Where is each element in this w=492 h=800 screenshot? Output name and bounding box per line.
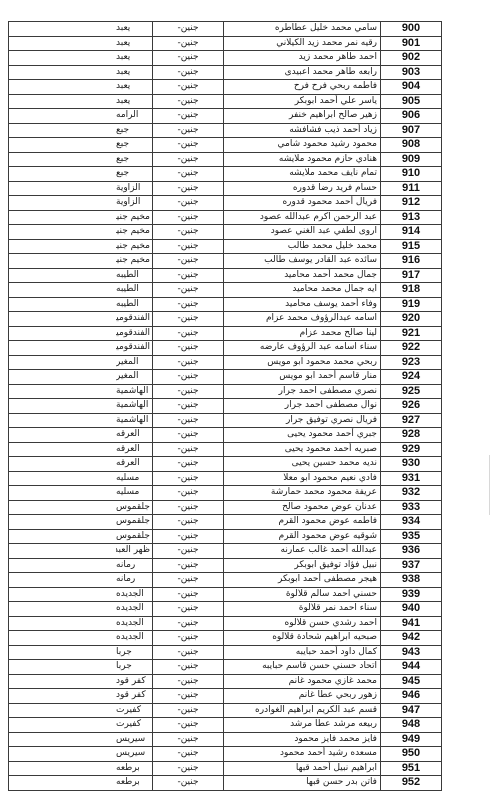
district-cell: جنين- (153, 457, 224, 472)
document-page: يعبد جنين- سامي محمد خليل عطاطره 900 يعب… (0, 0, 492, 800)
roster-table-body: يعبد جنين- سامي محمد خليل عطاطره 900 يعب… (9, 22, 442, 791)
table-row: الفندقومية جنين- اسامه عبدالرؤوف محمد عز… (9, 312, 442, 327)
empty-cell (9, 399, 117, 414)
table-row: الجديده جنين- صبحيه ابراهيم شحادة قلالوه… (9, 631, 442, 646)
empty-cell (9, 587, 117, 602)
table-row: كفيرت جنين- ربيعه مرشد عطا مرشد 948 (9, 718, 442, 733)
village-cell: ظهر العبد (116, 544, 153, 559)
district-cell: جنين- (153, 558, 224, 573)
village-cell: جلقموس (116, 515, 153, 530)
empty-cell (9, 138, 117, 153)
name-cell: فاطمه ربحي فرح فرح (224, 80, 381, 95)
name-cell: فادي نعيم محمود ابو معلا (224, 471, 381, 486)
table-row: يعبد جنين- ياسر علي أحمد ابوبكر 905 (9, 94, 442, 109)
table-row: كفر قود جنين- محمد غازي محمود غانم 945 (9, 674, 442, 689)
table-row: جربا جنين- اتحاد حسني حسن قاسم حبايبه 94… (9, 660, 442, 675)
district-cell: جنين- (153, 225, 224, 240)
name-cell: احمد طاهر محمد زيد (224, 51, 381, 66)
district-cell: جنين- (153, 384, 224, 399)
table-row: جبع جنين- محمود رشيد محمود شامي 908 (9, 138, 442, 153)
empty-cell (9, 674, 117, 689)
number-cell: 919 (381, 297, 442, 312)
number-cell: 941 (381, 616, 442, 631)
empty-cell (9, 776, 117, 791)
name-cell: سائده عبد القادر يوسف طالب (224, 254, 381, 269)
table-row: جربا جنين- كمال داود أحمد حبايبه 943 (9, 645, 442, 660)
table-row: المغير جنين- منار قاسم أحمد ابو مويس 924 (9, 370, 442, 385)
empty-cell (9, 123, 117, 138)
empty-cell (9, 660, 117, 675)
table-row: جلقموس جنين- عدنان عوض محمود صالح 933 (9, 500, 442, 515)
district-cell: جنين- (153, 268, 224, 283)
number-cell: 949 (381, 732, 442, 747)
name-cell: ايه جمال محمد محاميد (224, 283, 381, 298)
name-cell: زهير صالح ابراهيم خنفر (224, 109, 381, 124)
table-row: المغير جنين- ربحي محمد محمود ابو مويس 92… (9, 355, 442, 370)
district-cell: جنين- (153, 776, 224, 791)
name-cell: شوقيه عوض محمود القرم (224, 529, 381, 544)
village-cell: سيريس (116, 732, 153, 747)
village-cell: الزاوية (116, 196, 153, 211)
scan-artifact-line (489, 455, 490, 515)
empty-cell (9, 94, 117, 109)
table-row: يعبد جنين- احمد طاهر محمد زيد 902 (9, 51, 442, 66)
table-row: الهاشمية جنين- نوال مصطفى احمد جرار 926 (9, 399, 442, 414)
empty-cell (9, 471, 117, 486)
number-cell: 943 (381, 645, 442, 660)
empty-cell (9, 384, 117, 399)
village-cell: مسليه (116, 471, 153, 486)
table-row: برطعه جنين- فاتن بدر حسن قبها 952 (9, 776, 442, 791)
number-cell: 929 (381, 442, 442, 457)
name-cell: هنادي حازم محمود ملايشه (224, 152, 381, 167)
number-cell: 908 (381, 138, 442, 153)
name-cell: جبري أحمد محمود يحيى (224, 428, 381, 443)
village-cell: كفر قود (116, 689, 153, 704)
empty-cell (9, 761, 117, 776)
district-cell: جنين- (153, 196, 224, 211)
empty-cell (9, 718, 117, 733)
number-cell: 917 (381, 268, 442, 283)
name-cell: رقيه نمر محمد زيد الكيلاني (224, 36, 381, 51)
empty-cell (9, 631, 117, 646)
district-cell: جنين- (153, 660, 224, 675)
district-cell: جنين- (153, 703, 224, 718)
name-cell: مسعده رشيد أحمد محمود (224, 747, 381, 762)
district-cell: جنين- (153, 109, 224, 124)
district-cell: جنين- (153, 80, 224, 95)
village-cell: كفيرت (116, 703, 153, 718)
name-cell: فايز محمد فايز محمود (224, 732, 381, 747)
district-cell: جنين- (153, 442, 224, 457)
number-cell: 939 (381, 587, 442, 602)
district-cell: جنين- (153, 544, 224, 559)
district-cell: جنين- (153, 645, 224, 660)
empty-cell (9, 428, 117, 443)
number-cell: 913 (381, 210, 442, 225)
table-row: جبع جنين- زياد أحمد ذيب فشافشه 907 (9, 123, 442, 138)
empty-cell (9, 65, 117, 80)
village-cell: جبع (116, 152, 153, 167)
empty-cell (9, 747, 117, 762)
table-row: العرقه جنين- صبريه أحمد محمود يحيى 929 (9, 442, 442, 457)
number-cell: 921 (381, 326, 442, 341)
empty-cell (9, 109, 117, 124)
number-cell: 918 (381, 283, 442, 298)
table-row: كفر قود جنين- زهور ربحي عطا غانم 946 (9, 689, 442, 704)
district-cell: جنين- (153, 210, 224, 225)
number-cell: 940 (381, 602, 442, 617)
empty-cell (9, 80, 117, 95)
number-cell: 938 (381, 573, 442, 588)
district-cell: جنين- (153, 471, 224, 486)
empty-cell (9, 297, 117, 312)
number-cell: 930 (381, 457, 442, 472)
table-row: مسليه جنين- عريفة محمود محمد حمارشة 932 (9, 486, 442, 501)
village-cell: مسليه (116, 486, 153, 501)
district-cell: جنين- (153, 283, 224, 298)
village-cell: رمانه (116, 573, 153, 588)
table-row: الزاوية جنين- حسام فريد رضا قدوره 911 (9, 181, 442, 196)
number-cell: 937 (381, 558, 442, 573)
table-row: يعبد جنين- رقيه نمر محمد زيد الكيلاني 90… (9, 36, 442, 51)
empty-cell (9, 268, 117, 283)
empty-cell (9, 341, 117, 356)
table-row: الطيبه جنين- جمال محمد أحمد محاميد 917 (9, 268, 442, 283)
table-row: مخيم جنين جنين- عبد الرحمن اكرم عبدالله … (9, 210, 442, 225)
number-cell: 916 (381, 254, 442, 269)
table-row: جلقموس جنين- شوقيه عوض محمود القرم 935 (9, 529, 442, 544)
number-cell: 904 (381, 80, 442, 95)
village-cell: جربا (116, 660, 153, 675)
number-cell: 942 (381, 631, 442, 646)
name-cell: هيجر مصطفى أحمد ابوبكر (224, 573, 381, 588)
empty-cell (9, 239, 117, 254)
table-row: الجديده جنين- احمد رشدي حسن قلالوه 941 (9, 616, 442, 631)
name-cell: اروى لطفي عبد الغني عصود (224, 225, 381, 240)
number-cell: 934 (381, 515, 442, 530)
empty-cell (9, 181, 117, 196)
number-cell: 936 (381, 544, 442, 559)
name-cell: محمد خليل محمد طالب (224, 239, 381, 254)
number-cell: 924 (381, 370, 442, 385)
table-row: الهاشمية جنين- فريال نصري توفيق جرار 927 (9, 413, 442, 428)
table-row: سيريس جنين- مسعده رشيد أحمد محمود 950 (9, 747, 442, 762)
district-cell: جنين- (153, 587, 224, 602)
number-cell: 907 (381, 123, 442, 138)
number-cell: 946 (381, 689, 442, 704)
empty-cell (9, 254, 117, 269)
village-cell: الجديده (116, 602, 153, 617)
district-cell: جنين- (153, 341, 224, 356)
district-cell: جنين- (153, 51, 224, 66)
village-cell: جبع (116, 167, 153, 182)
number-cell: 903 (381, 65, 442, 80)
empty-cell (9, 457, 117, 472)
district-cell: جنين- (153, 370, 224, 385)
number-cell: 926 (381, 399, 442, 414)
village-cell: الجديده (116, 587, 153, 602)
name-cell: فريال نصري توفيق جرار (224, 413, 381, 428)
number-cell: 928 (381, 428, 442, 443)
name-cell: حسني احمد سالم قلالوة (224, 587, 381, 602)
table-row: يعبد جنين- فاطمه ربحي فرح فرح 904 (9, 80, 442, 95)
village-cell: سيريس (116, 747, 153, 762)
district-cell: جنين- (153, 167, 224, 182)
district-cell: جنين- (153, 718, 224, 733)
name-cell: عدنان عوض محمود صالح (224, 500, 381, 515)
table-row: الطيبه جنين- ايه جمال محمد محاميد 918 (9, 283, 442, 298)
number-cell: 925 (381, 384, 442, 399)
empty-cell (9, 152, 117, 167)
name-cell: صبحيه ابراهيم شحادة قلالوه (224, 631, 381, 646)
district-cell: جنين- (153, 486, 224, 501)
empty-cell (9, 529, 117, 544)
village-cell: جربا (116, 645, 153, 660)
village-cell: برطعه (116, 776, 153, 791)
number-cell: 902 (381, 51, 442, 66)
table-row: مخيم جنين جنين- محمد خليل محمد طالب 915 (9, 239, 442, 254)
table-row: يعبد جنين- رابعه طاهر محمد اعبيدى 903 (9, 65, 442, 80)
number-cell: 915 (381, 239, 442, 254)
empty-cell (9, 51, 117, 66)
name-cell: فاطمه عوض محمود القرم (224, 515, 381, 530)
table-row: جبع جنين- تمام نايف محمد ملايشه 910 (9, 167, 442, 182)
number-cell: 950 (381, 747, 442, 762)
number-cell: 947 (381, 703, 442, 718)
village-cell: الزاوية (116, 181, 153, 196)
empty-cell (9, 645, 117, 660)
number-cell: 911 (381, 181, 442, 196)
empty-cell (9, 442, 117, 457)
village-cell: العرقه (116, 428, 153, 443)
number-cell: 900 (381, 22, 442, 37)
district-cell: جنين- (153, 689, 224, 704)
district-cell: جنين- (153, 529, 224, 544)
village-cell: الطيبه (116, 283, 153, 298)
name-cell: فاتن بدر حسن قبها (224, 776, 381, 791)
village-cell: مخيم جنين (116, 254, 153, 269)
village-cell: مخيم جنين (116, 225, 153, 240)
table-row: مسليه جنين- فادي نعيم محمود ابو معلا 931 (9, 471, 442, 486)
name-cell: عريفة محمود محمد حمارشة (224, 486, 381, 501)
district-cell: جنين- (153, 428, 224, 443)
name-cell: ربحي محمد محمود ابو مويس (224, 355, 381, 370)
district-cell: جنين- (153, 413, 224, 428)
name-cell: عبدالله أحمد غالب عمارنه (224, 544, 381, 559)
table-row: يعبد جنين- سامي محمد خليل عطاطره 900 (9, 22, 442, 37)
name-cell: سناء احمد نمر قلالوة (224, 602, 381, 617)
empty-cell (9, 689, 117, 704)
number-cell: 923 (381, 355, 442, 370)
empty-cell (9, 326, 117, 341)
name-cell: اسامه عبدالرؤوف محمد عزام (224, 312, 381, 327)
district-cell: جنين- (153, 36, 224, 51)
empty-cell (9, 370, 117, 385)
village-cell: الرامه (116, 109, 153, 124)
table-row: العرقه جنين- نديه محمد حسين يحيى 930 (9, 457, 442, 472)
empty-cell (9, 558, 117, 573)
table-row: رمانه جنين- هيجر مصطفى أحمد ابوبكر 938 (9, 573, 442, 588)
village-cell: الطيبه (116, 297, 153, 312)
village-cell: الهاشمية (116, 399, 153, 414)
number-cell: 951 (381, 761, 442, 776)
number-cell: 920 (381, 312, 442, 327)
table-row: الفندقومية جنين- سناء اسامه عبد الرؤوف ع… (9, 341, 442, 356)
empty-cell (9, 22, 117, 37)
empty-cell (9, 544, 117, 559)
district-cell: جنين- (153, 399, 224, 414)
village-cell: الفندقومية (116, 326, 153, 341)
empty-cell (9, 616, 117, 631)
district-cell: جنين- (153, 573, 224, 588)
number-cell: 927 (381, 413, 442, 428)
village-cell: الطيبه (116, 268, 153, 283)
empty-cell (9, 283, 117, 298)
number-cell: 952 (381, 776, 442, 791)
district-cell: جنين- (153, 761, 224, 776)
table-row: برطعه جنين- ابراهيم نبيل أحمد قبها 951 (9, 761, 442, 776)
name-cell: اتحاد حسني حسن قاسم حبايبه (224, 660, 381, 675)
village-cell: مخيم جنين (116, 210, 153, 225)
table-row: سيريس جنين- فايز محمد فايز محمود 949 (9, 732, 442, 747)
name-cell: قسم عبد الكريم ابراهيم الغوادره (224, 703, 381, 718)
village-cell: جلقموس (116, 500, 153, 515)
name-cell: حسام فريد رضا قدوره (224, 181, 381, 196)
name-cell: لينا صالح محمد عزام (224, 326, 381, 341)
name-cell: احمد رشدي حسن قلالوه (224, 616, 381, 631)
number-cell: 912 (381, 196, 442, 211)
number-cell: 933 (381, 500, 442, 515)
district-cell: جنين- (153, 326, 224, 341)
district-cell: جنين- (153, 355, 224, 370)
empty-cell (9, 573, 117, 588)
district-cell: جنين- (153, 732, 224, 747)
district-cell: جنين- (153, 123, 224, 138)
name-cell: فريال أحمد محمود قدوره (224, 196, 381, 211)
district-cell: جنين- (153, 181, 224, 196)
district-cell: جنين- (153, 22, 224, 37)
empty-cell (9, 500, 117, 515)
village-cell: جبع (116, 138, 153, 153)
table-row: الجديده جنين- حسني احمد سالم قلالوة 939 (9, 587, 442, 602)
number-cell: 909 (381, 152, 442, 167)
village-cell: جبع (116, 123, 153, 138)
village-cell: الفندقومية (116, 312, 153, 327)
village-cell: كفيرت (116, 718, 153, 733)
name-cell: سناء اسامه عبد الرؤوف عارضه (224, 341, 381, 356)
village-cell: الهاشمية (116, 384, 153, 399)
empty-cell (9, 225, 117, 240)
table-row: مخيم جنين جنين- اروى لطفي عبد الغني عصود… (9, 225, 442, 240)
name-cell: جمال محمد أحمد محاميد (224, 268, 381, 283)
empty-cell (9, 355, 117, 370)
table-row: الهاشمية جنين- نصري مصطفى احمد جرار 925 (9, 384, 442, 399)
district-cell: جنين- (153, 239, 224, 254)
village-cell: يعبد (116, 94, 153, 109)
district-cell: جنين- (153, 602, 224, 617)
village-cell: يعبد (116, 51, 153, 66)
roster-table: يعبد جنين- سامي محمد خليل عطاطره 900 يعب… (8, 21, 442, 791)
village-cell: الجديده (116, 631, 153, 646)
number-cell: 945 (381, 674, 442, 689)
table-row: الفندقومية جنين- لينا صالح محمد عزام 921 (9, 326, 442, 341)
village-cell: الجديده (116, 616, 153, 631)
table-row: الجديده جنين- سناء احمد نمر قلالوة 940 (9, 602, 442, 617)
number-cell: 910 (381, 167, 442, 182)
empty-cell (9, 732, 117, 747)
name-cell: نبيل فؤاد توفيق ابوبكر (224, 558, 381, 573)
name-cell: زهور ربحي عطا غانم (224, 689, 381, 704)
name-cell: تمام نايف محمد ملايشه (224, 167, 381, 182)
number-cell: 914 (381, 225, 442, 240)
empty-cell (9, 36, 117, 51)
number-cell: 922 (381, 341, 442, 356)
number-cell: 901 (381, 36, 442, 51)
number-cell: 948 (381, 718, 442, 733)
table-row: جبع جنين- هنادي حازم محمود ملايشه 909 (9, 152, 442, 167)
village-cell: يعبد (116, 80, 153, 95)
number-cell: 935 (381, 529, 442, 544)
village-cell: المغير (116, 355, 153, 370)
district-cell: جنين- (153, 500, 224, 515)
name-cell: ربيعه مرشد عطا مرشد (224, 718, 381, 733)
empty-cell (9, 210, 117, 225)
name-cell: محمد غازي محمود غانم (224, 674, 381, 689)
village-cell: مخيم جنين (116, 239, 153, 254)
table-row: الزاوية جنين- فريال أحمد محمود قدوره 912 (9, 196, 442, 211)
district-cell: جنين- (153, 674, 224, 689)
empty-cell (9, 413, 117, 428)
name-cell: وفاء أحمد يوسف محاميد (224, 297, 381, 312)
empty-cell (9, 486, 117, 501)
name-cell: ياسر علي أحمد ابوبكر (224, 94, 381, 109)
district-cell: جنين- (153, 94, 224, 109)
table-row: جلقموس جنين- فاطمه عوض محمود القرم 934 (9, 515, 442, 530)
name-cell: نصري مصطفى احمد جرار (224, 384, 381, 399)
village-cell: يعبد (116, 65, 153, 80)
table-row: الرامه جنين- زهير صالح ابراهيم خنفر 906 (9, 109, 442, 124)
name-cell: زياد أحمد ذيب فشافشه (224, 123, 381, 138)
table-row: كفيرت جنين- قسم عبد الكريم ابراهيم الغوا… (9, 703, 442, 718)
name-cell: سامي محمد خليل عطاطره (224, 22, 381, 37)
empty-cell (9, 515, 117, 530)
village-cell: الهاشمية (116, 413, 153, 428)
district-cell: جنين- (153, 152, 224, 167)
village-cell: جلقموس (116, 529, 153, 544)
table-row: الطيبه جنين- وفاء أحمد يوسف محاميد 919 (9, 297, 442, 312)
name-cell: محمود رشيد محمود شامي (224, 138, 381, 153)
village-cell: الفندقومية (116, 341, 153, 356)
village-cell: يعبد (116, 36, 153, 51)
village-cell: كفر قود (116, 674, 153, 689)
district-cell: جنين- (153, 747, 224, 762)
district-cell: جنين- (153, 138, 224, 153)
number-cell: 932 (381, 486, 442, 501)
village-cell: العرقه (116, 442, 153, 457)
village-cell: يعبد (116, 22, 153, 37)
table-row: رمانه جنين- نبيل فؤاد توفيق ابوبكر 937 (9, 558, 442, 573)
district-cell: جنين- (153, 65, 224, 80)
village-cell: برطعه (116, 761, 153, 776)
name-cell: كمال داود أحمد حبايبه (224, 645, 381, 660)
empty-cell (9, 602, 117, 617)
number-cell: 931 (381, 471, 442, 486)
district-cell: جنين- (153, 254, 224, 269)
district-cell: جنين- (153, 616, 224, 631)
number-cell: 905 (381, 94, 442, 109)
empty-cell (9, 703, 117, 718)
